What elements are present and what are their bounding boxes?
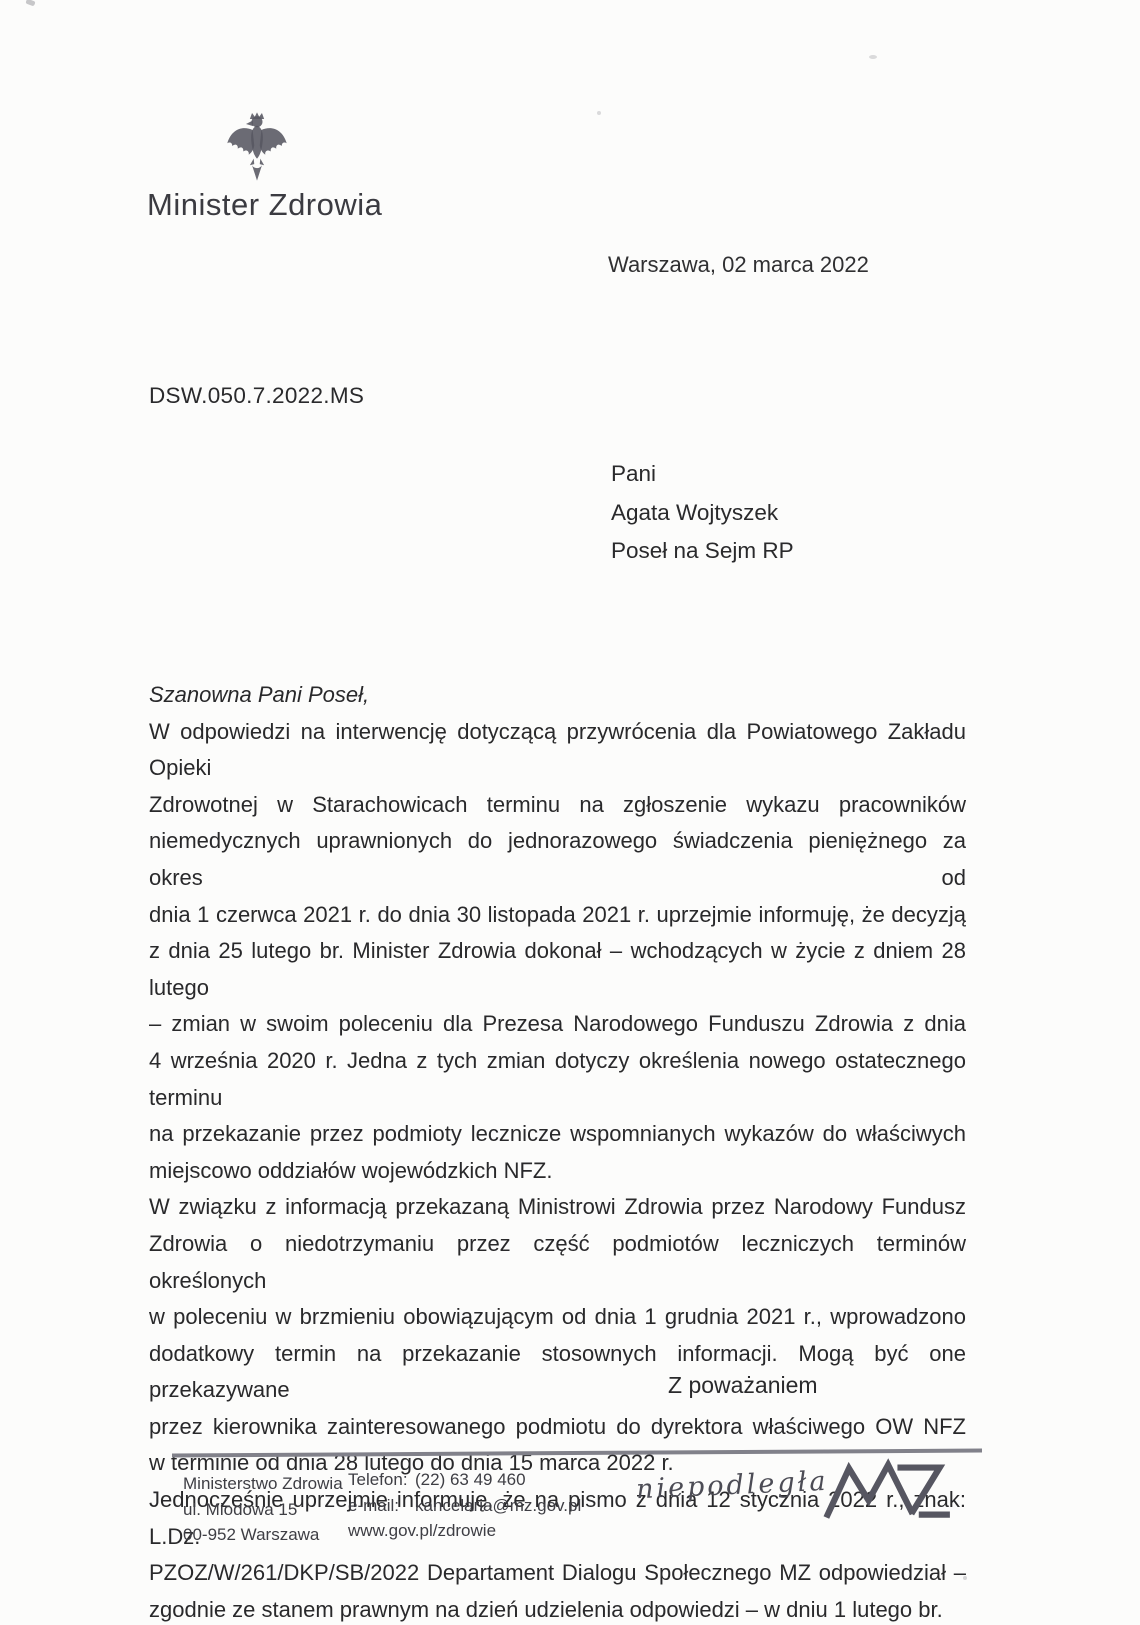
body-line: W odpowiedzi na interwencję dotyczącą pr… xyxy=(149,714,966,787)
body-line: W związku z informacją przekazaną Minist… xyxy=(149,1189,966,1226)
body-line: dodatkowy termin na przekazanie stosowny… xyxy=(149,1336,966,1409)
footer-phone-value: (22) 63 49 460 xyxy=(415,1467,581,1493)
reference-number: DSW.050.7.2022.MS xyxy=(149,383,364,409)
scan-artifact xyxy=(25,0,35,6)
scan-artifact xyxy=(869,55,877,59)
recipient-block: Pani Agata Wojtyszek Poseł na Sejm RP xyxy=(611,455,794,571)
mz-zigzag-logo-icon xyxy=(818,1456,960,1525)
recipient-name: Agata Wojtyszek xyxy=(611,494,794,533)
body-line: dnia 1 czerwca 2021 r. do dnia 30 listop… xyxy=(149,897,966,934)
body-line: miejscowo oddziałów wojewódzkich NFZ. xyxy=(149,1153,966,1190)
footer-email-label: e-mail: xyxy=(348,1493,415,1519)
body-line: niemedycznych uprawnionych do jednorazow… xyxy=(149,823,966,896)
polish-eagle-emblem-icon xyxy=(224,110,290,188)
body-line: zgodnie ze stanem prawnym na dzień udzie… xyxy=(149,1592,966,1625)
letter-page: Minister Zdrowia Warszawa, 02 marca 2022… xyxy=(0,0,1140,1625)
letterhead-title: Minister Zdrowia xyxy=(147,187,382,223)
body-line: Zdrowia o niedotrzymaniu przez część pod… xyxy=(149,1226,966,1299)
date-line: Warszawa, 02 marca 2022 xyxy=(608,252,869,278)
body-line: Zdrowotnej w Starachowicach terminu na z… xyxy=(149,787,966,824)
footer-website: www.gov.pl/zdrowie xyxy=(348,1518,581,1544)
footer-org-name: Ministerstwo Zdrowia xyxy=(183,1471,343,1497)
footer-phone-label: Telefon: xyxy=(348,1467,415,1493)
body-line: 4 września 2020 r. Jedna z tych zmian do… xyxy=(149,1043,966,1116)
body-line: w poleceniu w brzmieniu obowiązującym od… xyxy=(149,1299,966,1336)
closing-phrase: Z poważaniem xyxy=(668,1372,818,1399)
footer-city: 00-952 Warszawa xyxy=(183,1522,343,1548)
body-line: na przekazanie przez podmioty lecznicze … xyxy=(149,1116,966,1153)
footer-email-value: kancelaria@mz.gov.pl xyxy=(415,1493,581,1519)
body-line: PZOZ/W/261/DKP/SB/2022 Departament Dialo… xyxy=(149,1555,966,1592)
scan-artifact xyxy=(597,111,601,115)
footer-contact-block: Telefon: (22) 63 49 460 e-mail: kancelar… xyxy=(348,1467,581,1544)
body-line: przez kierownika zainteresowanego podmio… xyxy=(149,1409,966,1446)
body-line: – zmian w swoim poleceniu dla Prezesa Na… xyxy=(149,1006,966,1043)
recipient-title: Poseł na Sejm RP xyxy=(611,532,794,571)
footer-street: ul. Miodowa 15 xyxy=(183,1497,343,1523)
body-salutation: Szanowna Pani Poseł, xyxy=(149,677,966,714)
recipient-salutation: Pani xyxy=(611,455,794,494)
body-line: z dnia 25 lutego br. Minister Zdrowia do… xyxy=(149,933,966,1006)
footer-address-block: Ministerstwo Zdrowia ul. Miodowa 15 00-9… xyxy=(183,1471,343,1548)
